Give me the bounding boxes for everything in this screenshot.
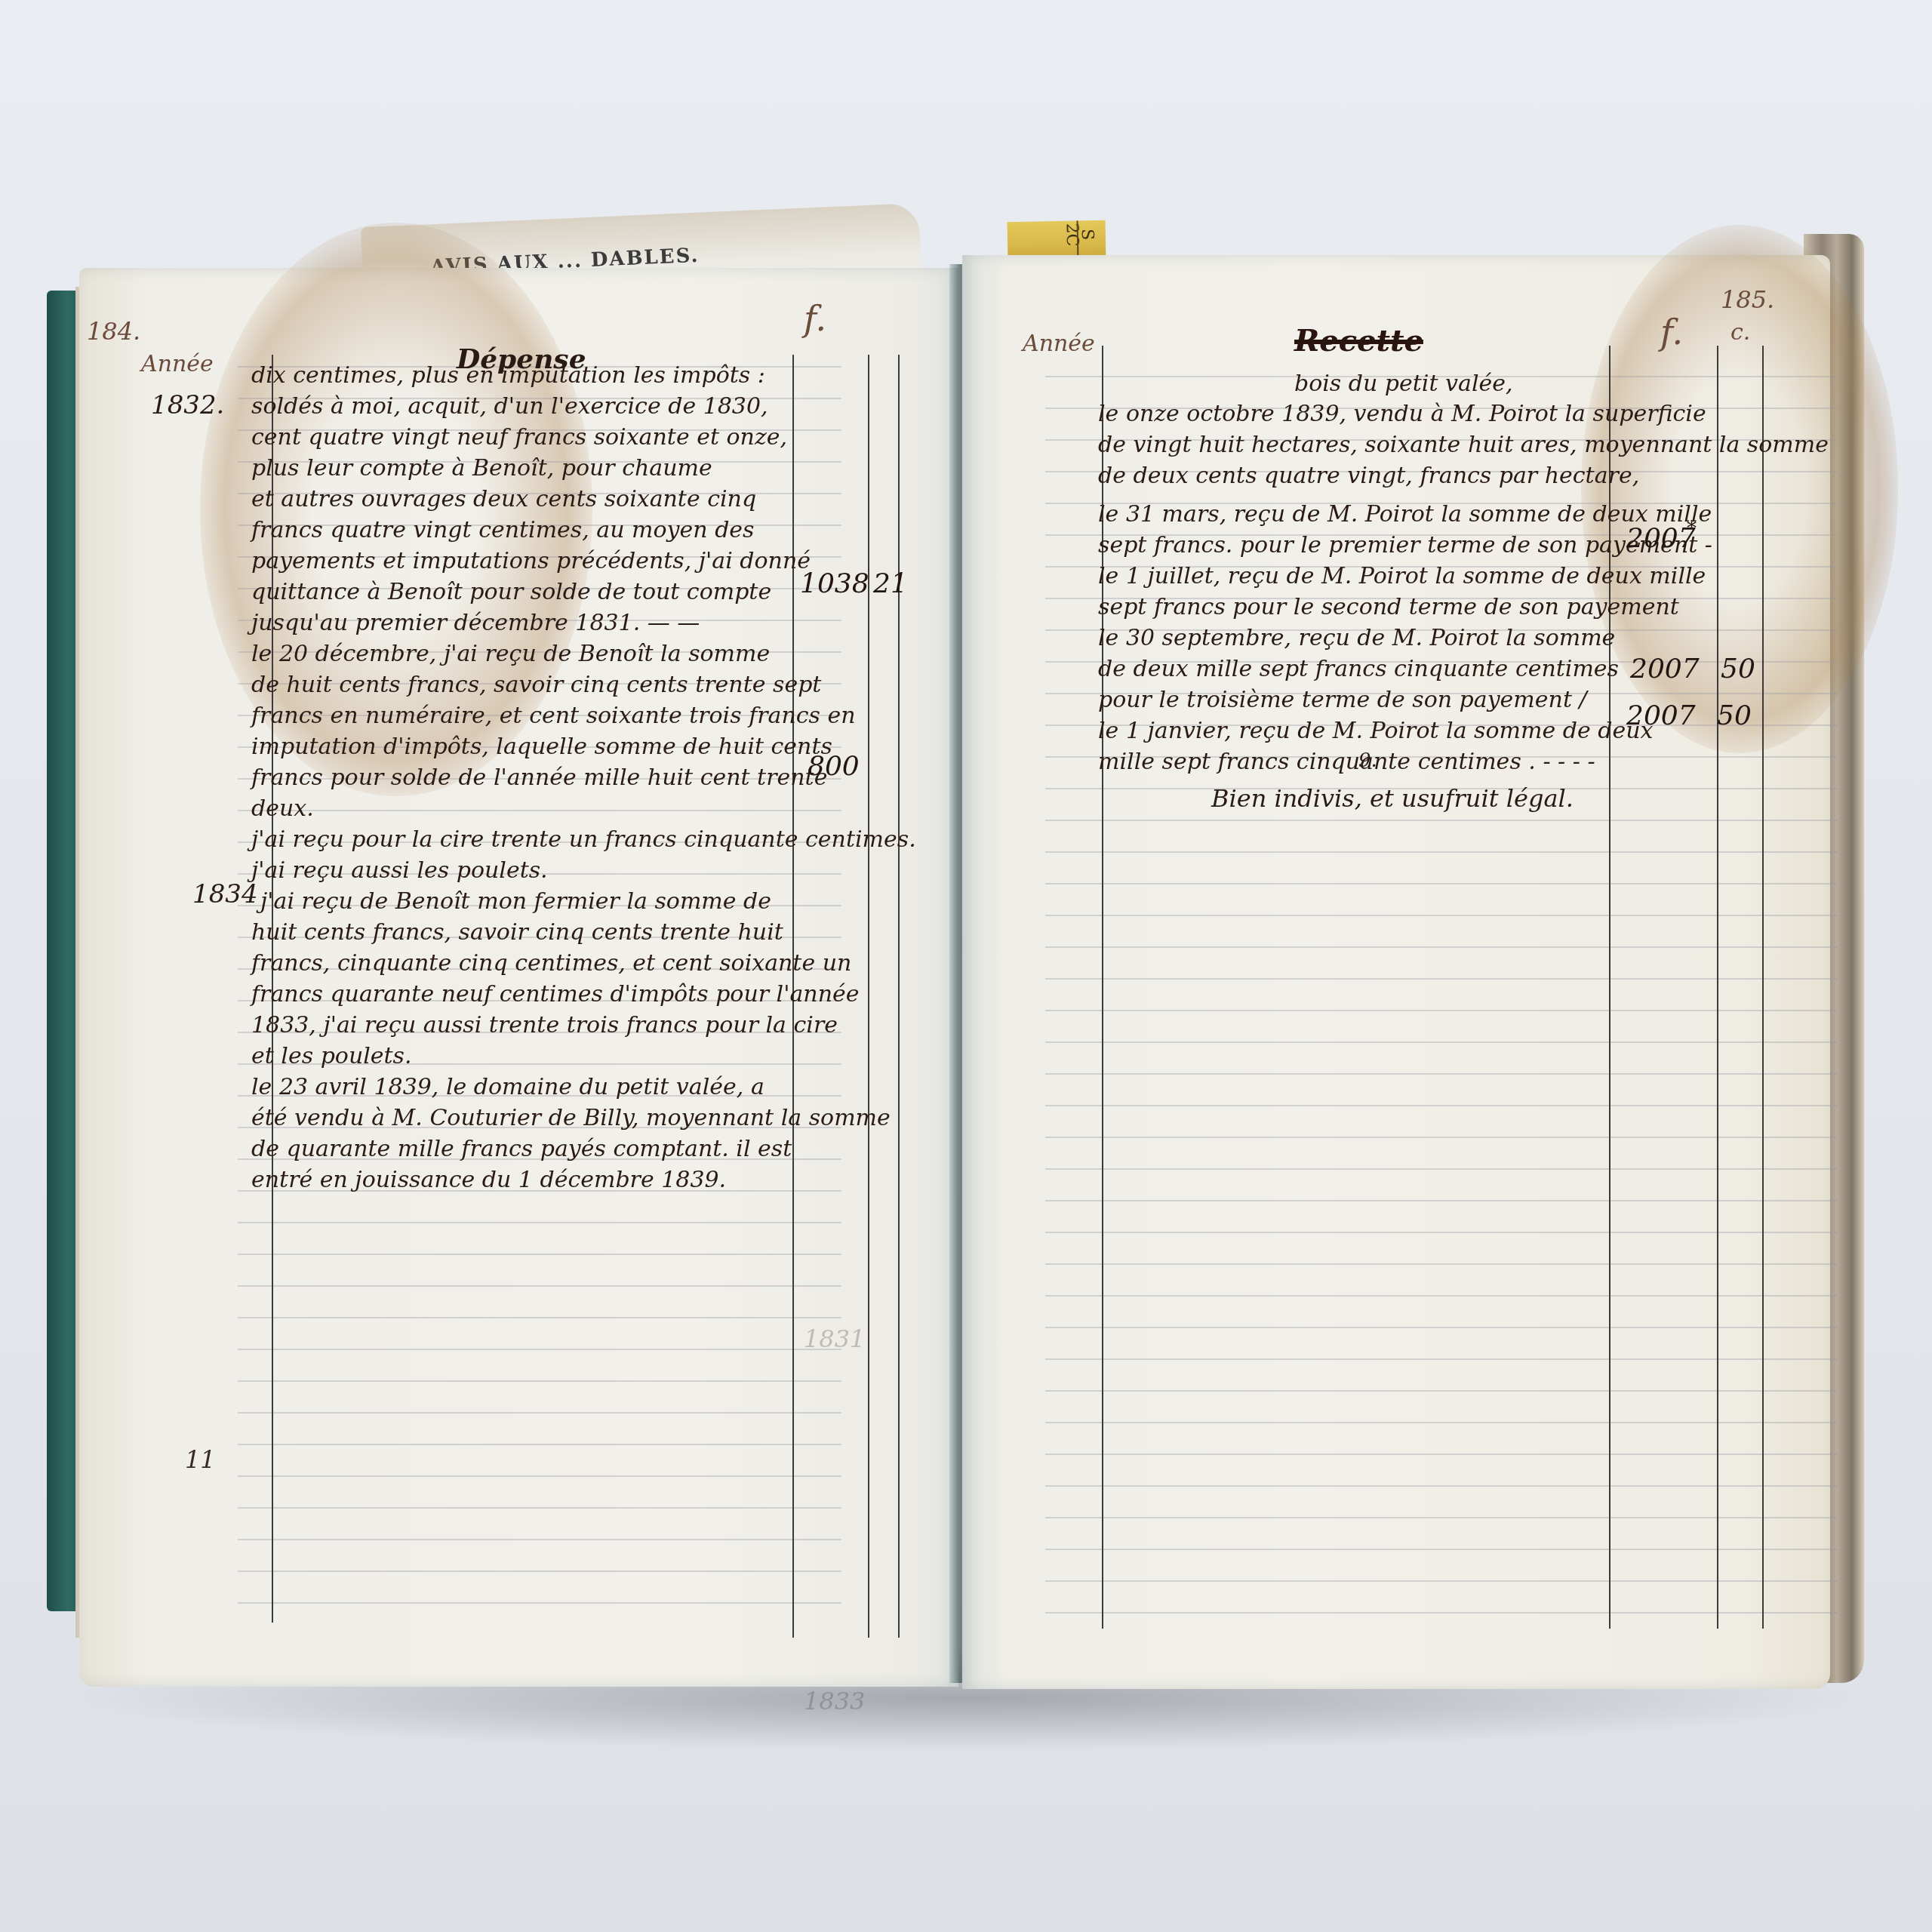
section-heading: Bien indivis, et usufruit légal.	[1211, 783, 1574, 814]
amount-francs: 1038	[800, 568, 869, 599]
entry-line: j'ai reçu pour la cire trente un francs …	[251, 824, 916, 855]
entry-line: francs quatre vingt centimes, au moyen d…	[251, 515, 916, 546]
entry-line: sept francs pour le second terme de son …	[1098, 592, 1829, 623]
entry-line: 1833, j'ai reçu aussi trente trois franc…	[251, 1010, 916, 1041]
amount-francs: 2007	[1626, 523, 1696, 554]
francs-header: f.	[1660, 312, 1683, 352]
entry-line: entré en jouissance du 1 décembre 1839.	[251, 1164, 916, 1195]
amount-centimes: 50	[1717, 700, 1752, 731]
page-subheading: bois du petit valée,	[1294, 368, 1513, 399]
entry-line: dix centimes, plus en imputation les imp…	[251, 360, 916, 391]
amount-mark: *	[1687, 518, 1697, 540]
bleed-through-text: 11	[185, 1445, 216, 1474]
page-heading-struck: Recette	[1294, 323, 1423, 358]
entry-line: de deux mille sept francs cinquante cent…	[1098, 654, 1829, 685]
amount-francs: 800	[808, 751, 860, 782]
entry-line: le 31 mars, reçu de M. Poirot la somme d…	[1098, 499, 1829, 530]
francs-header: f.	[804, 298, 826, 339]
bleed-through-text: 1833	[804, 1687, 865, 1715]
entry-line: sept francs. pour le premier terme de so…	[1098, 530, 1829, 561]
entry-line: mille sept francs cinquante centimes . -…	[1098, 746, 1829, 777]
entry-line: de vingt huit hectares, soixante huit ar…	[1098, 429, 1829, 460]
entry-line: de deux cents quatre vingt, francs par h…	[1098, 460, 1829, 491]
entry-line: francs quarante neuf centimes d'impôts p…	[251, 979, 916, 1010]
entry-line: jusqu'au premier décembre 1831. — —	[251, 608, 916, 638]
entry-line: francs en numéraire, et cent soixante tr…	[251, 700, 916, 731]
right-page: 185. f. c. Année Recette bois du petit v…	[962, 255, 1830, 1689]
section-mark: 9.	[1358, 746, 1377, 777]
amount-centimes: 21	[873, 568, 908, 599]
entry-line: soldés à moi, acquit, d'un l'exercice de…	[251, 391, 916, 422]
bleed-through-text: 1831	[804, 1324, 865, 1353]
entry-line: francs, cinquante cinq centimes, et cent…	[251, 948, 916, 979]
year-column-label: Année	[141, 351, 214, 377]
entry-line: et autres ouvrages deux cents soixante c…	[251, 484, 916, 515]
entry-line: de quarante mille francs payés comptant.…	[251, 1134, 916, 1164]
amount-francs: 2007	[1626, 700, 1696, 731]
entry-line: cent quatre vingt neuf francs soixante e…	[251, 422, 916, 453]
page-number: 184.	[87, 317, 140, 346]
centimes-header: c.	[1730, 319, 1750, 346]
entry-line: le 30 septembre, reçu de M. Poirot la so…	[1098, 623, 1829, 654]
entry-line: j'ai reçu aussi les poulets.	[251, 855, 916, 886]
entry-line: deux.	[251, 793, 916, 824]
bookmark-text-2: S	[1078, 229, 1097, 241]
entry-line: le 20 décembre, j'ai reçu de Benoît la s…	[251, 638, 916, 669]
entry-line: huit cents francs, savoir cinq cents tre…	[251, 917, 916, 948]
entry-line: plus leur compte à Benoît, pour chaume	[251, 453, 916, 484]
margin-year: 1834	[192, 879, 258, 910]
entry-line: le onze octobre 1839, vendu à M. Poirot …	[1098, 398, 1829, 429]
amount-centimes: 50	[1721, 654, 1755, 685]
entry-line: j'ai reçu de Benoît mon fermier la somme…	[260, 886, 925, 917]
left-page: 184. f. Année Dépense 1832. 1834 dix cen…	[79, 268, 958, 1687]
entry-line: été vendu à M. Couturier de Billy, moyen…	[251, 1103, 916, 1134]
entry-line: et les poulets.	[251, 1041, 916, 1072]
entry-line: le 1 juillet, reçu de M. Poirot la somme…	[1098, 561, 1829, 592]
amount-francs: 2007	[1630, 654, 1700, 685]
margin-year: 1832.	[151, 390, 224, 421]
page-number: 185.	[1721, 285, 1774, 314]
entry-line: le 23 avril 1839, le domaine du petit va…	[251, 1072, 916, 1103]
year-column-label: Année	[1023, 331, 1095, 357]
entry-line: de huit cents francs, savoir cinq cents …	[251, 669, 916, 700]
